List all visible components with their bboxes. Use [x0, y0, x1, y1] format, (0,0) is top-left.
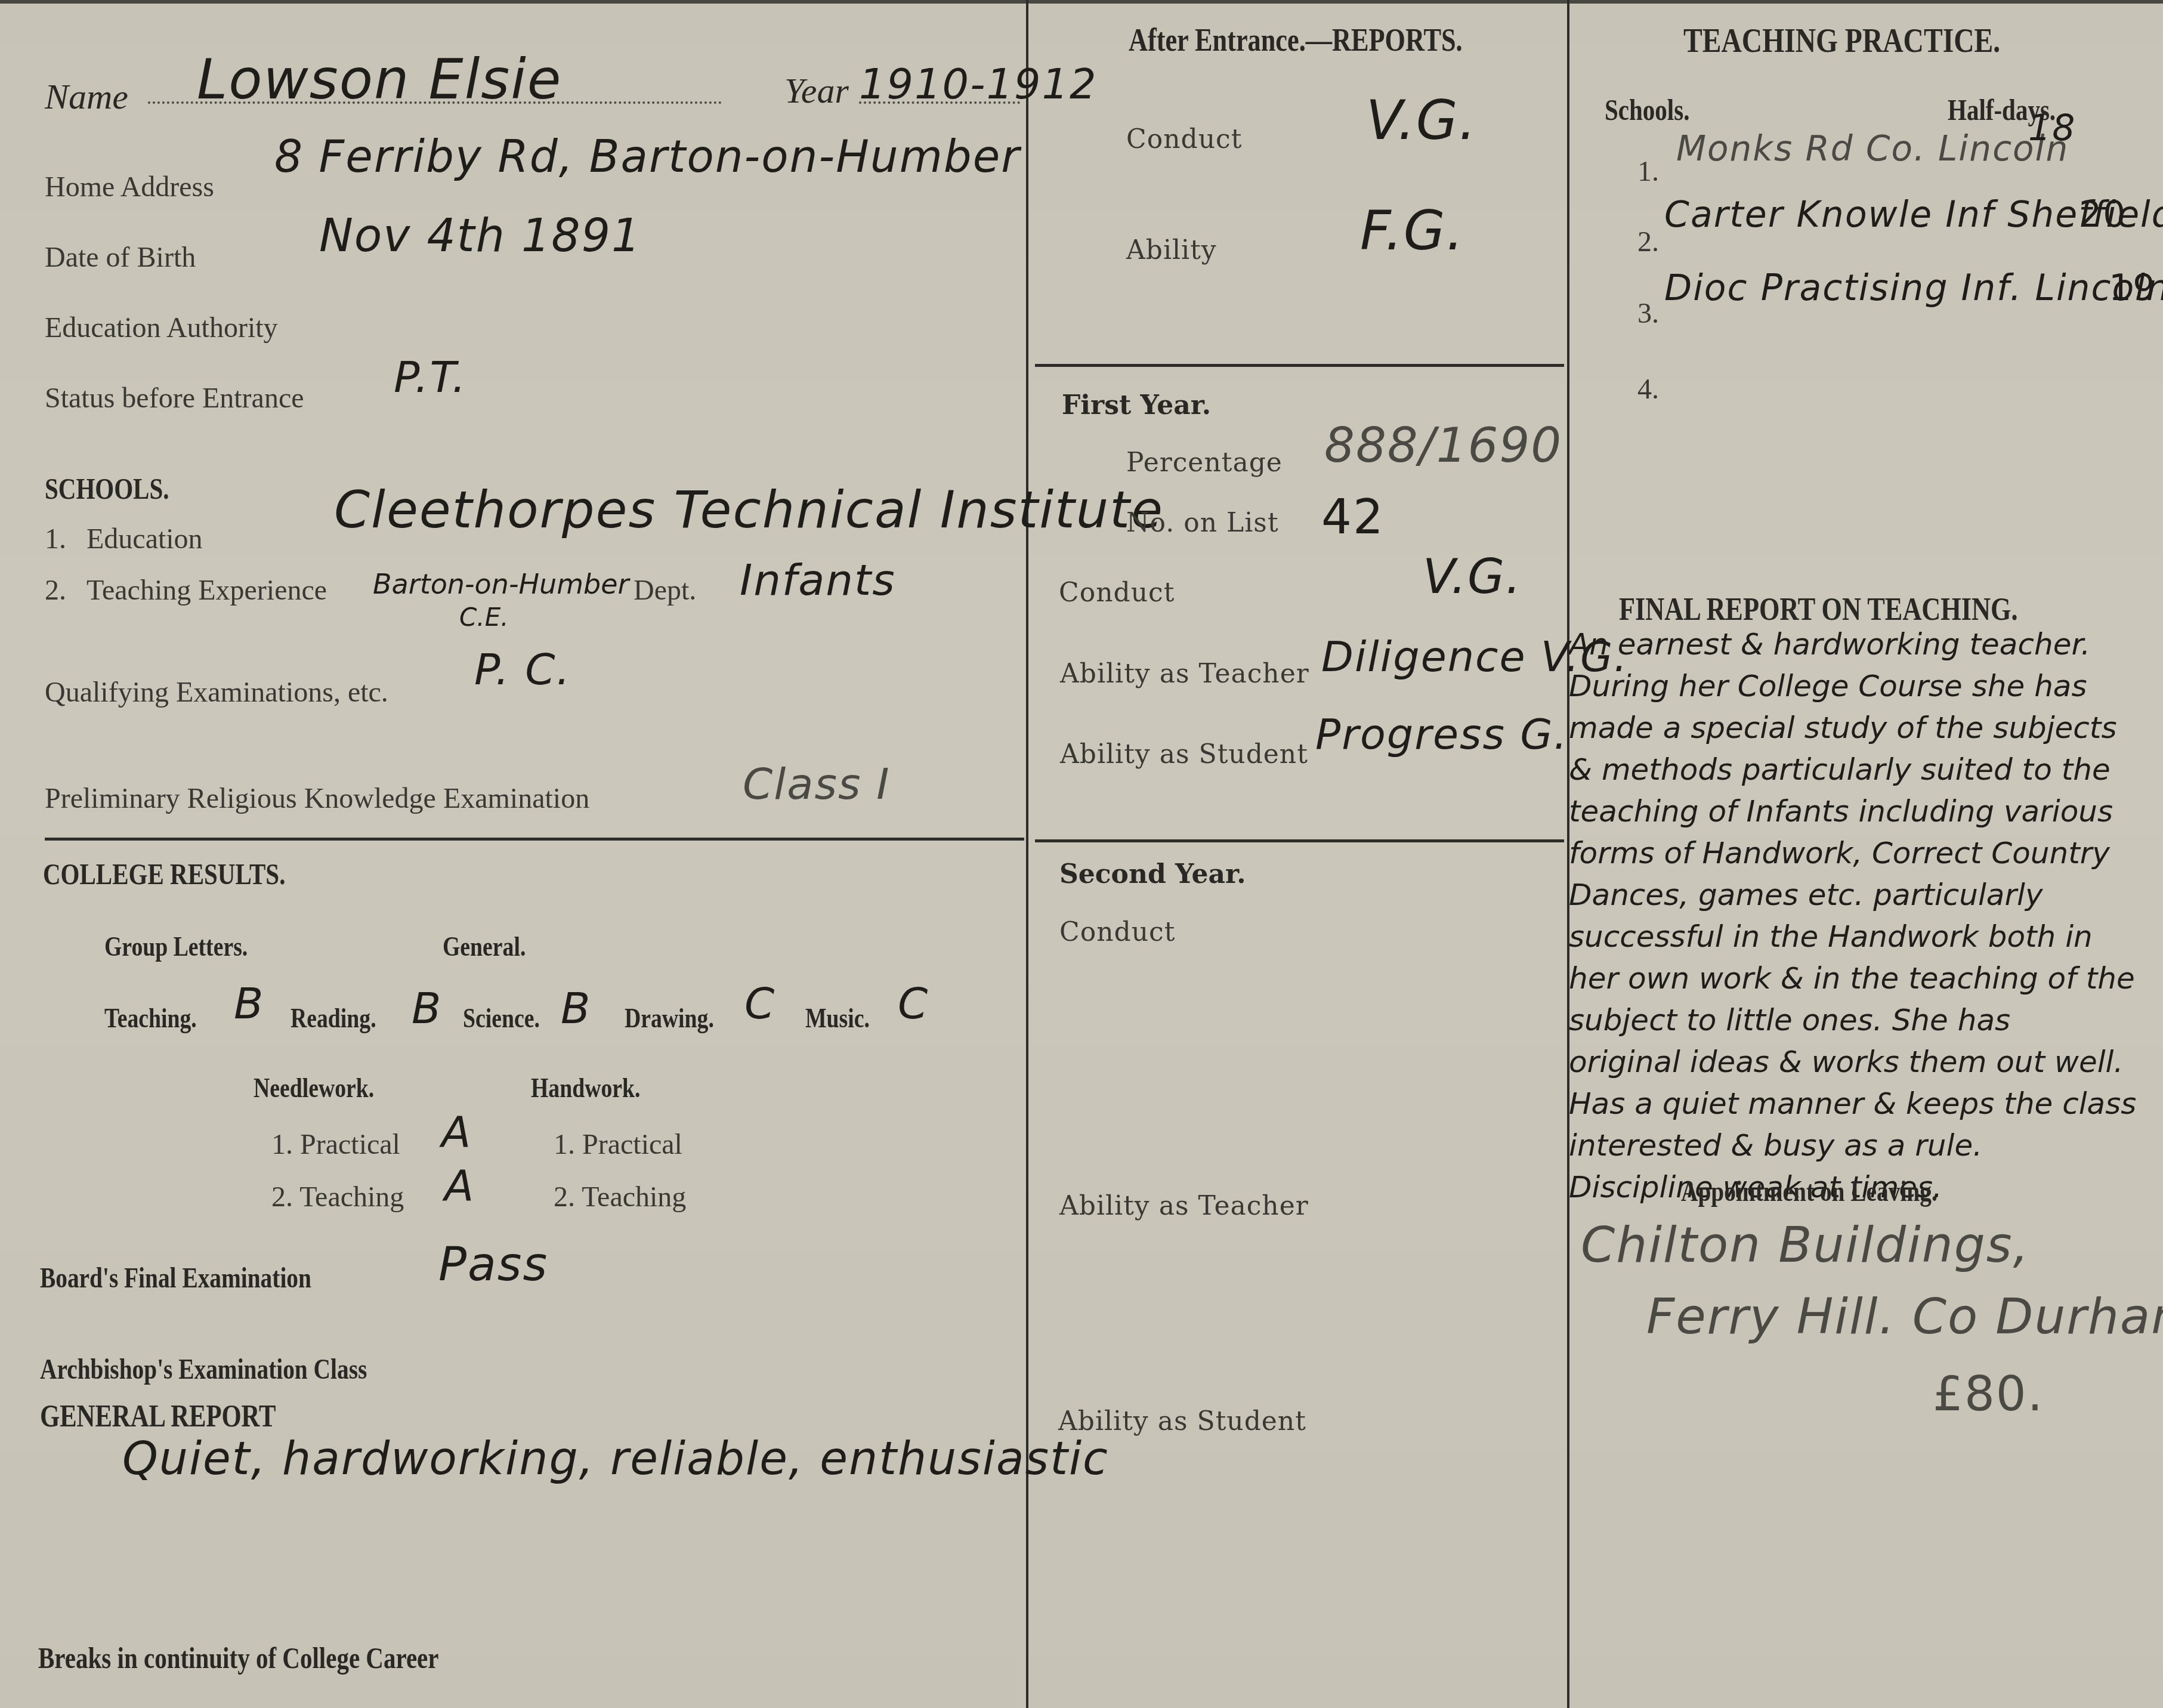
needlework-teaching-grade[interactable]: A	[444, 1160, 475, 1210]
middle-divider-first-year	[1035, 839, 1564, 842]
final-report-text[interactable]: An earnest & hardworking teacher. During…	[1569, 623, 2142, 1208]
subject-music-label: Music.	[805, 1002, 870, 1034]
subject-science-grade[interactable]: B	[561, 983, 591, 1033]
left-section-divider	[45, 838, 1024, 841]
subject-music-grade[interactable]: C	[898, 978, 929, 1028]
group-letters-label: Group Letters.	[104, 931, 248, 962]
final-report-line: successful in the Handwork both in	[1569, 916, 2142, 958]
teaching-experience-value[interactable]: Barton-on-Humber	[373, 568, 629, 600]
after-entrance-conduct-value[interactable]: V.G.	[1366, 89, 1477, 152]
final-report-line: original ideas & works them out well.	[1569, 1041, 2142, 1083]
practice-entry-number: 3.	[1637, 297, 1659, 330]
teaching-experience-label: Teaching Experience	[86, 574, 327, 607]
date-of-birth-label: Date of Birth	[45, 241, 196, 274]
final-report-line: Dances, games etc. particularly	[1569, 874, 2142, 916]
after-entrance-heading: After Entrance.—REPORTS.	[1129, 21, 1463, 58]
second-year-heading: Second Year.	[1059, 859, 1246, 889]
education-authority-label: Education Authority	[45, 311, 278, 344]
teaching-experience-number: 2.	[45, 574, 66, 607]
percentage-label: Percentage	[1126, 447, 1283, 478]
appointment-line-2[interactable]: Ferry Hill. Co Durham	[1646, 1289, 2163, 1345]
final-report-line: & methods particularly suited to the	[1569, 749, 2142, 790]
needlework-practical-grade[interactable]: A	[441, 1107, 472, 1157]
breaks-in-continuity-label: Breaks in continuity of College Career	[38, 1641, 439, 1675]
status-before-entrance-label: Status before Entrance	[45, 382, 304, 415]
qualifying-examinations-value[interactable]: P. C.	[474, 644, 571, 694]
dept-label: Dept.	[634, 574, 696, 607]
boards-final-exam-value[interactable]: Pass	[438, 1238, 548, 1292]
year-value[interactable]: 1910-1912	[859, 60, 1098, 109]
final-report-line: her own work & in the teaching of the	[1569, 958, 2142, 999]
practice-entry-school[interactable]: Dioc Practising Inf. Lincoln	[1664, 267, 2163, 309]
college-results-heading: COLLEGE RESULTS.	[43, 857, 285, 891]
final-report-line: teaching of Infants including various	[1569, 790, 2142, 832]
practice-entry-half-days[interactable]: 20	[2079, 194, 2127, 236]
schools-heading: SCHOOLS.	[45, 471, 169, 506]
second-year-teacher-label: Ability as Teacher	[1059, 1191, 1309, 1221]
teaching-practice-heading: TEACHING PRACTICE.	[1683, 20, 2000, 60]
general-report-value[interactable]: Quiet, hardworking, reliable, enthusiast…	[122, 1432, 1109, 1485]
practice-entry-number: 1.	[1637, 155, 1659, 188]
final-report-heading: FINAL REPORT ON TEACHING.	[1619, 591, 2018, 628]
preliminary-religious-exam-label: Preliminary Religious Knowledge Examinat…	[45, 782, 589, 815]
qualifying-examinations-label: Qualifying Examinations, etc.	[45, 676, 388, 709]
handwork-heading: Handwork.	[531, 1072, 640, 1104]
final-report-line: made a special study of the subjects	[1569, 707, 2142, 749]
subject-reading-label: Reading.	[291, 1002, 376, 1034]
first-year-conduct-value[interactable]: V.G.	[1423, 549, 1522, 604]
final-report-line: Has a quiet manner & keeps the class	[1569, 1083, 2142, 1125]
practice-entry-number: 2.	[1637, 226, 1659, 258]
first-year-student-value[interactable]: Progress G.	[1315, 710, 1568, 759]
practice-entry-half-days[interactable]: 18	[2028, 107, 2076, 149]
practice-entry-number: 4.	[1637, 373, 1659, 406]
after-entrance-ability-label: Ability	[1126, 235, 1217, 265]
handwork-teaching-label: 2. Teaching	[554, 1181, 686, 1213]
subject-drawing-label: Drawing.	[625, 1002, 714, 1034]
subject-teaching-label: Teaching.	[104, 1002, 197, 1034]
middle-divider-after-entrance	[1035, 364, 1564, 367]
home-address-label: Home Address	[45, 171, 214, 203]
status-before-entrance-value[interactable]: P.T.	[394, 352, 467, 402]
no-on-list-label: No. on List	[1126, 508, 1279, 538]
second-year-student-label: Ability as Student	[1058, 1406, 1306, 1437]
first-year-heading: First Year.	[1062, 390, 1211, 421]
no-on-list-value[interactable]: 42	[1321, 489, 1385, 545]
general-label: General.	[443, 931, 526, 962]
percentage-value[interactable]: 888/1690	[1324, 418, 1562, 473]
year-label: Year	[784, 70, 849, 112]
after-entrance-ability-value[interactable]: F.G.	[1360, 200, 1464, 262]
card-top-edge	[0, 0, 2163, 4]
appointment-line-1[interactable]: Chilton Buildings,	[1581, 1217, 2030, 1274]
practice-entry-school[interactable]: Monks Rd Co. Lincoln	[1676, 128, 2069, 169]
final-report-line: subject to little ones. She has	[1569, 999, 2142, 1041]
boards-final-exam-label: Board's Final Examination	[40, 1262, 311, 1295]
schools-column-label: Schools.	[1605, 92, 1689, 127]
subject-reading-grade[interactable]: B	[412, 983, 442, 1033]
preliminary-religious-exam-value[interactable]: Class I	[743, 759, 891, 809]
handwork-practical-label: 1. Practical	[554, 1128, 682, 1161]
final-report-line: During her College Course she has	[1569, 665, 2142, 707]
needlework-teaching-label: 2. Teaching	[271, 1181, 404, 1213]
teaching-experience-value-sub[interactable]: C.E.	[459, 603, 509, 632]
practice-entry-half-days[interactable]: 19	[2109, 267, 2156, 309]
final-report-line: forms of Handwork, Correct Country	[1569, 832, 2142, 874]
after-entrance-conduct-label: Conduct	[1126, 124, 1242, 155]
first-year-student-label: Ability as Student	[1060, 739, 1308, 770]
appointment-salary[interactable]: £80.	[1933, 1366, 2044, 1422]
name-value[interactable]: Lowson Elsie	[197, 48, 562, 112]
education-value[interactable]: Cleethorpes Technical Institute	[334, 480, 1164, 540]
subject-science-label: Science.	[463, 1002, 540, 1034]
needlework-practical-label: 1. Practical	[271, 1128, 400, 1161]
home-address-value[interactable]: 8 Ferriby Rd, Barton-on-Humber	[274, 131, 1021, 183]
dept-value[interactable]: Infants	[740, 555, 896, 605]
first-year-teacher-label: Ability as Teacher	[1060, 659, 1309, 689]
education-number: 1.	[45, 523, 66, 555]
second-year-conduct-label: Conduct	[1059, 917, 1175, 947]
final-report-line: interested & busy as a rule.	[1569, 1125, 2142, 1166]
needlework-heading: Needlework.	[254, 1072, 374, 1104]
general-report-label: GENERAL REPORT	[40, 1399, 276, 1434]
education-label: Education	[86, 523, 203, 555]
subject-drawing-grade[interactable]: C	[744, 978, 775, 1028]
name-label: Name	[45, 76, 128, 118]
appointment-heading: Appointment on Leaving.	[1681, 1175, 1938, 1208]
date-of-birth-value[interactable]: Nov 4th 1891	[319, 209, 641, 262]
archbishops-exam-label: Archbishop's Examination Class	[40, 1353, 367, 1386]
first-year-conduct-label: Conduct	[1059, 577, 1175, 608]
final-report-line: An earnest & hardworking teacher.	[1569, 623, 2142, 665]
subject-teaching-grade[interactable]: B	[234, 978, 264, 1028]
